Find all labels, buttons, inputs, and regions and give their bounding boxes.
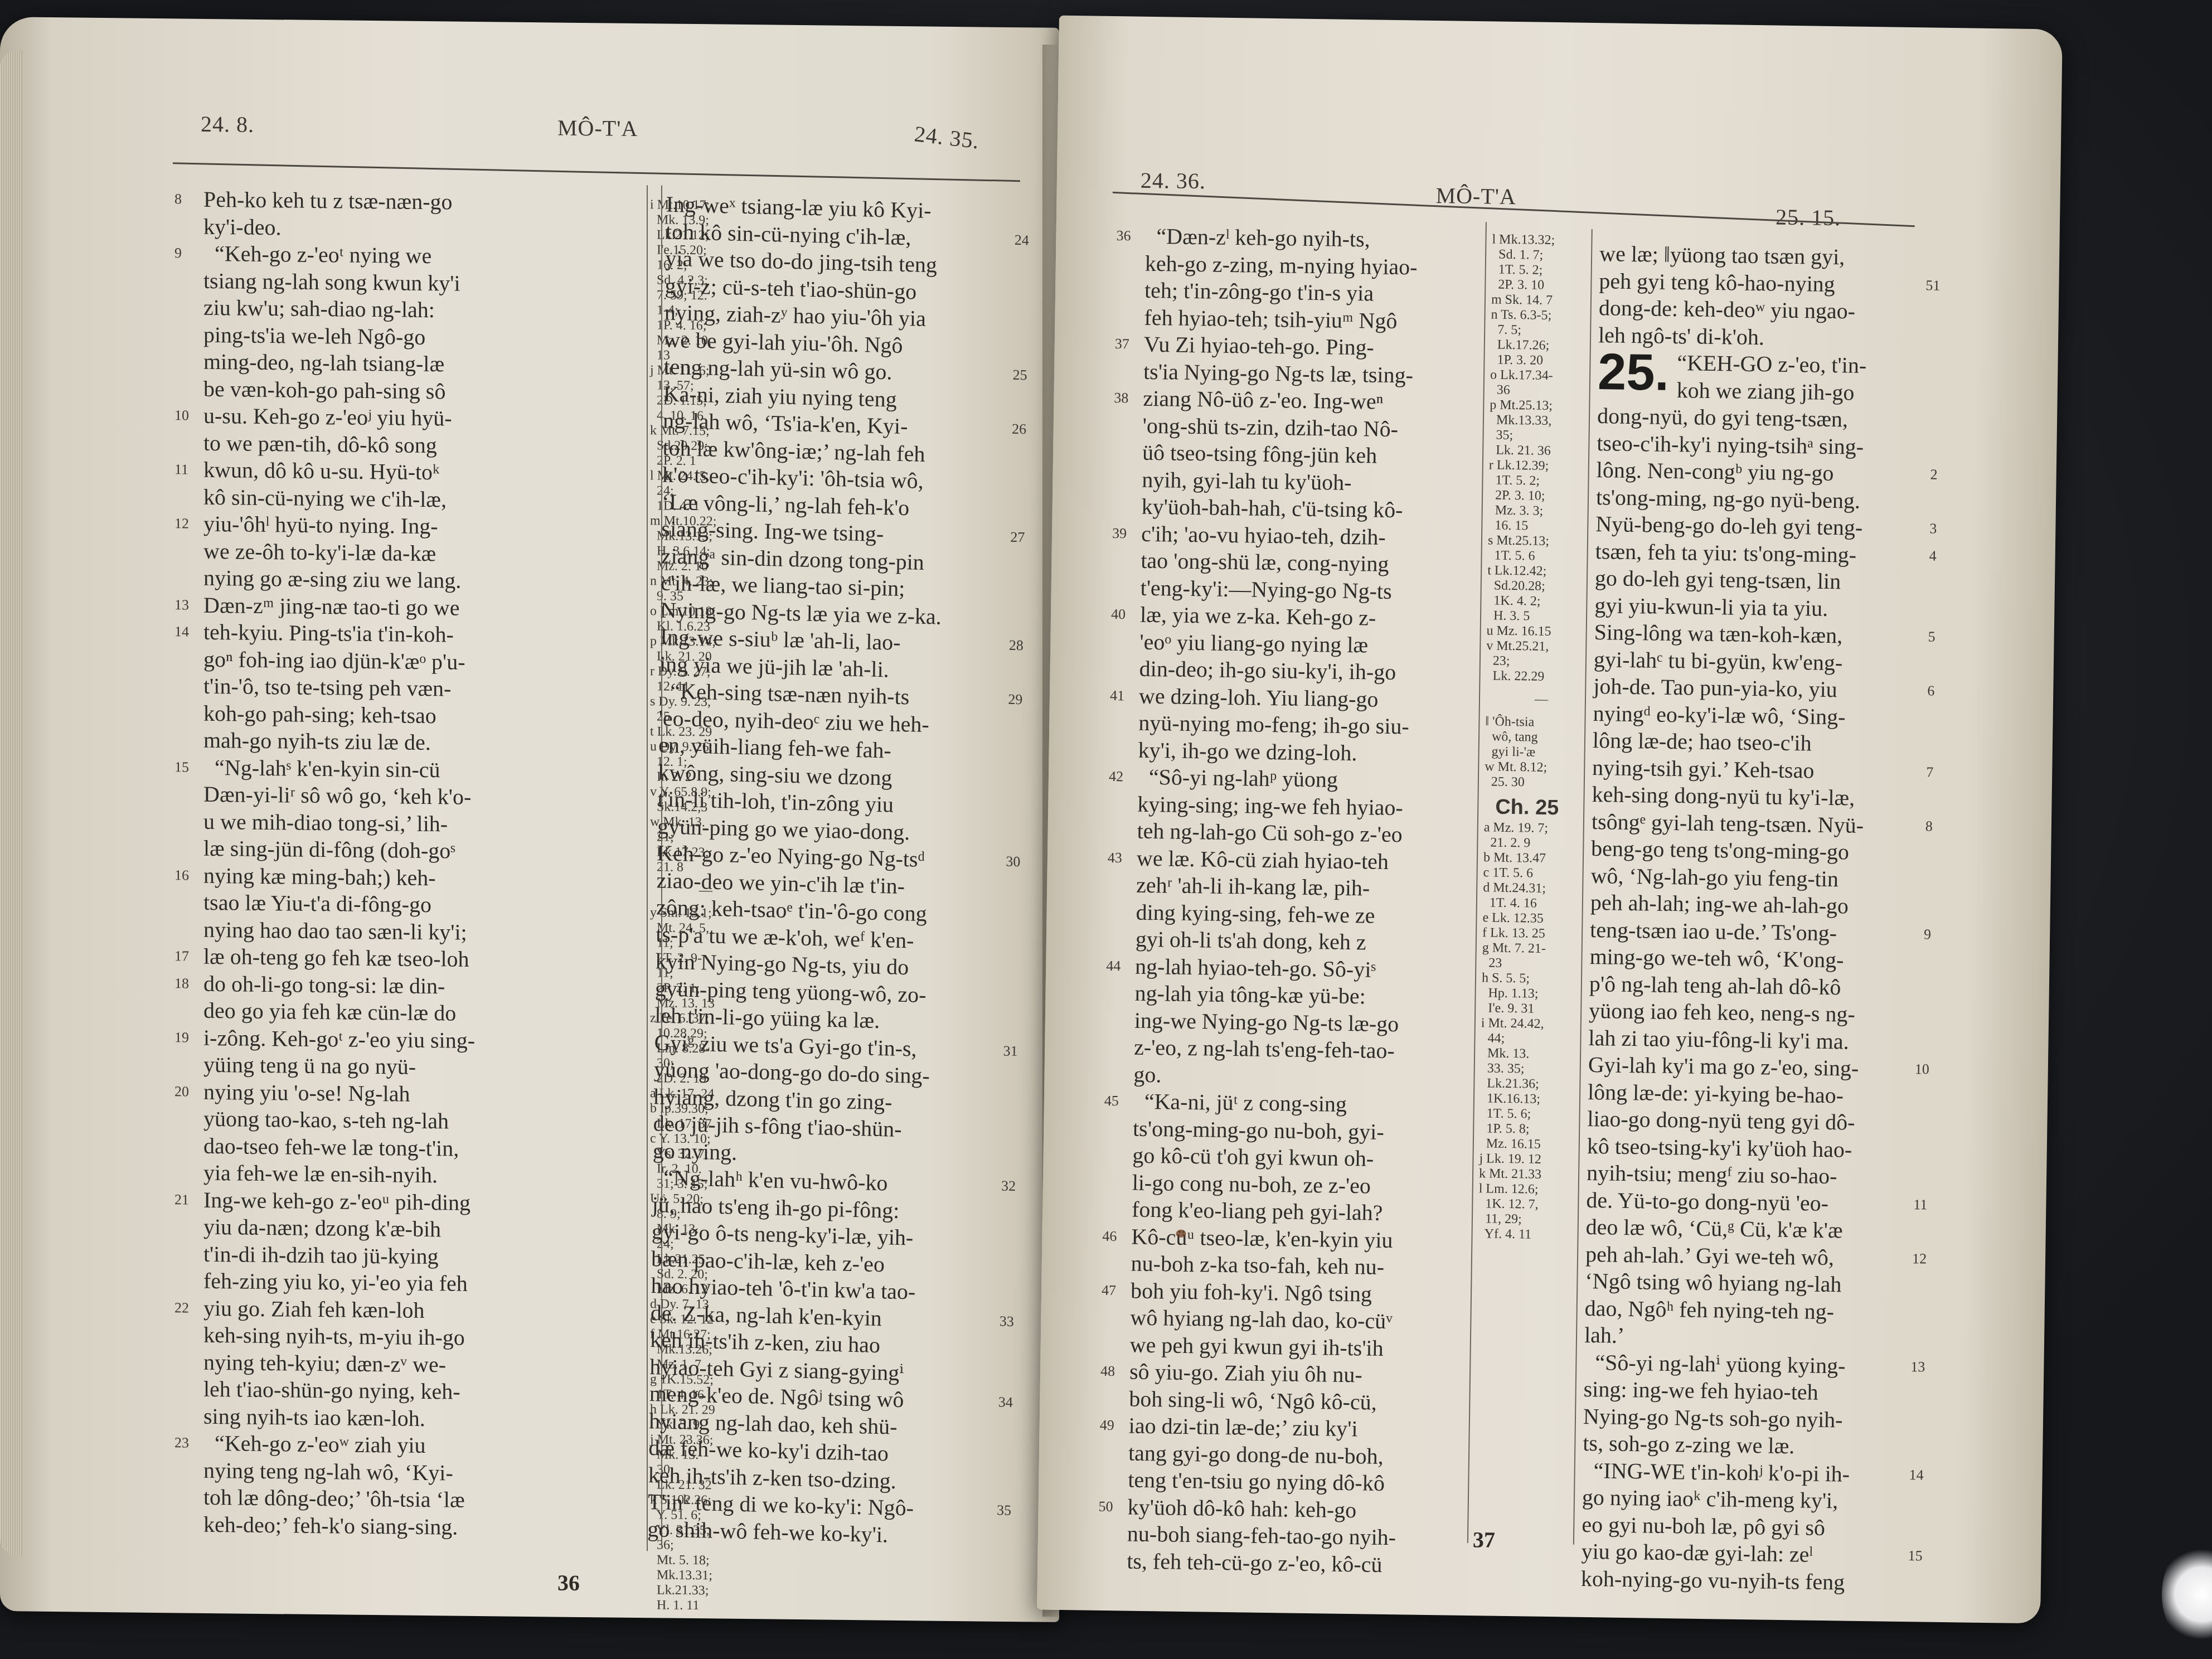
- verse-line: we peh gyi kwun gyi ih-ts'ih: [1129, 1331, 1470, 1363]
- verse-line: eo gyi nu-boh læ, pô gyi sô: [1582, 1511, 1894, 1542]
- verse-text: go do-leh gyi teng-tsæn, lin: [1595, 565, 1841, 594]
- right-text-column-1: “Dæn-zˡ keh-go nyih-ts,36keh-go z-zing, …: [1127, 223, 1486, 1579]
- verse-line: Dæn-yi-liʳ sô wô go, ‘keh k'o-: [203, 781, 644, 813]
- verse-number: 24: [1015, 226, 1030, 254]
- verse-line: boh yiu foh-ky'i. Ngô tsing47: [1131, 1277, 1471, 1309]
- verse-text: nyingᵈ eo-ky'i-læ wô, ‘Sing-: [1593, 701, 1846, 729]
- verse-text: “Sô-yi ng-lahⁱ yüong kying-: [1584, 1349, 1846, 1378]
- verse-number: 28: [1008, 632, 1023, 659]
- verse-text: kwun, dô kô u-su. Hyü-toᵏ: [203, 457, 440, 484]
- verse-number: 5: [1928, 623, 1935, 651]
- verse-number: 4: [1929, 542, 1937, 570]
- verse-line: ky'i-deo.: [203, 213, 644, 245]
- verse-line: Sing-lông wa tæn-koh-kæn,5: [1594, 619, 1907, 650]
- verse-text: mah-go nyih-ts ziu læ de.: [203, 727, 431, 755]
- verse-line: kô sin-cü-nying we c'ih-læ,: [203, 483, 644, 515]
- cross-reference: 2P. 3. 10: [1491, 277, 1603, 294]
- verse-text: tsiang ng-lah song kwun ky'i: [203, 268, 460, 295]
- verse-line: yiu go. Ziah feh kæn-loh22: [203, 1294, 644, 1326]
- cross-reference: d Mt.24.31;: [1483, 880, 1594, 897]
- cross-reference: n Ts. 6.3-5;: [1491, 307, 1602, 324]
- verse-line: t'eng-ky'i:—Nying-go Ng-ts: [1140, 574, 1481, 606]
- verse-line: yüing teng ü na go nyü-: [203, 1051, 644, 1083]
- verse-text: nying, ziah-zʸ hao yiu-'ôh yia: [664, 300, 926, 331]
- verse-line: Kô-cüᵘ tseo-læ, k'en-kyin yiu46: [1131, 1223, 1472, 1255]
- verse-number: 22: [174, 1294, 189, 1322]
- cross-reference: Mk. 13.: [1481, 1046, 1592, 1063]
- verse-text: feh-zing yiu ko, yi-'eo yia feh: [203, 1268, 468, 1296]
- verse-line: be væn-koh-go pah-sing sô: [203, 375, 644, 407]
- reference-divider: —: [1486, 691, 1597, 708]
- verse-text: Ka-ni, ziah yiu nying teng: [663, 381, 897, 411]
- verse-number: 25: [1012, 362, 1027, 389]
- verse-line: beng-go teng ts'ong-ming-go: [1591, 835, 1904, 866]
- cross-reference: H. 1. 11: [650, 1598, 761, 1614]
- verse-text: T'inᵏ teng di we ko-ky'i: Ngô-: [648, 1489, 914, 1521]
- verse-text: t'eng-ky'i:—Nying-go Ng-ts: [1140, 575, 1392, 603]
- verse-text: læ, yia we z-ka. Keh-go z-: [1140, 602, 1376, 630]
- verse-text: dong-nyü, do gyi teng-tsæn,: [1597, 403, 1849, 431]
- verse-text: toh kô sin-cü-nying c'ih-læ,: [666, 219, 911, 250]
- verse-line: Ing-we keh-go z-'eoᵘ pih-ding21: [203, 1186, 644, 1218]
- verse-text: koh-nying-go vu-nyih-ts feng: [1581, 1565, 1845, 1594]
- verse-text: nu-boh z-ka tso-fah, keh nu-: [1131, 1251, 1384, 1279]
- verse-text: yiu da-næn; dzong k'æ-bih: [203, 1214, 441, 1241]
- verse-line: nyü-nying mo-feng; ih-go siu-: [1138, 710, 1479, 741]
- verse-text: teh ng-lah-go Cü soh-go z-'eo: [1137, 818, 1403, 847]
- cross-reference: v Mt.25.21,: [1486, 638, 1598, 655]
- cross-reference: 11, 29;: [1478, 1211, 1590, 1228]
- verse-line: nying teng ng-lah wô, ‘Kyi-: [203, 1457, 644, 1488]
- cross-reference: w Mt. 8.12;: [1485, 759, 1596, 776]
- verse-line: ping-ts'ia we-leh Ngô-go: [203, 321, 644, 353]
- verse-text: c'ih; 'ao-vu hyiao-teh, dzih-: [1141, 521, 1386, 549]
- verse-line: “Keh-go z-'eoᵗ nying we9: [203, 240, 644, 272]
- cross-reference: b Mt. 13.47: [1483, 850, 1595, 867]
- verse-text: ing-we Nying-go Ng-ts læ-go: [1134, 1007, 1399, 1036]
- verse-text: ts'ia Nying-go Ng-ts læ, tsing-: [1143, 358, 1413, 387]
- cross-reference: Sd. 1. 7;: [1492, 247, 1603, 264]
- verse-line: sing: ing-we feh hyiao-teh: [1583, 1376, 1896, 1407]
- verse-text: feh hyiao-teh; tsih-yiuᵐ Ngô: [1144, 304, 1397, 333]
- verse-line: nying kæ ming-bah;) keh-16: [203, 862, 644, 894]
- verse-text: Nying-go Ng-ts soh-go nyih-: [1583, 1403, 1843, 1432]
- verse-number: 39: [1112, 520, 1127, 547]
- right-text-column-2: we læ; ‖yüong tao tsæn gyi,peh gyi teng …: [1581, 240, 1912, 1597]
- verse-number: 12: [174, 510, 189, 537]
- verse-text: lông. Nen-congᵇ yiu ng-go: [1596, 457, 1833, 486]
- verse-line: “Ng-lahˢ k'en-kyin sin-cü15: [203, 754, 644, 785]
- cross-reference: f Lk. 13. 25: [1482, 925, 1594, 942]
- verse-text: nying teh-kyiu; dæn-zᵛ we-: [203, 1349, 446, 1377]
- verse-line: ng-lah hyiao-teh-go. Sô-yiˢ44: [1135, 953, 1476, 984]
- cross-reference: 1T. 5. 6: [1487, 548, 1599, 565]
- verse-number: 14: [174, 618, 189, 646]
- verse-number: 10: [1914, 1056, 1929, 1083]
- verse-number: 7: [1926, 759, 1934, 786]
- cross-reference: a Mz. 19. 7;: [1484, 820, 1595, 837]
- verse-line: nying go æ-sing ziu we lang.: [203, 565, 644, 596]
- verse-line: koh-go pah-sing; keh-tsao: [203, 700, 644, 731]
- verse-text: eo gyi nu-boh læ, pô gyi sô: [1582, 1511, 1825, 1540]
- verse-text: Sing-lông wa tæn-koh-kæn,: [1594, 619, 1842, 648]
- verse-text: Vu Zi hyiao-teh-go. Ping-: [1144, 332, 1375, 360]
- verse-text: deo jü-jih s-fông t'iao-shün-: [653, 1110, 902, 1142]
- cross-reference: Mz. 3. 3;: [1488, 503, 1600, 520]
- cross-reference: g Mt. 7. 21-: [1482, 940, 1594, 957]
- verse-text: kwông, sing-siu we dzong: [658, 759, 892, 790]
- verse-number: 31: [1003, 1037, 1018, 1065]
- verse-text: go shih-wô feh-we ko-ky'i.: [647, 1516, 888, 1547]
- verse-number: 44: [1106, 952, 1121, 979]
- verse-text: nu-boh siang-feh-tao-go nyih-: [1127, 1521, 1396, 1550]
- verse-line: “Sô-yi ng-lahᵖ yüong42: [1138, 764, 1478, 795]
- verse-line: nying yiu 'o-se! Ng-lah20: [203, 1078, 644, 1110]
- verse-line: “Keh-go z-'eoʷ ziah yiu23: [203, 1430, 644, 1462]
- verse-text: keh-sing nyih-ts, m-yiu ih-go: [203, 1322, 465, 1350]
- verse-number: 10: [174, 402, 189, 429]
- verse-line: toh læ dông-deo;’ 'ôh-tsia ‘læ: [203, 1484, 644, 1516]
- cross-reference: 1T. 5. 2;: [1488, 473, 1600, 489]
- verse-number: 13: [1910, 1354, 1925, 1381]
- verse-line: liao-go dong-nyü teng gyi dô-: [1587, 1105, 1900, 1137]
- verse-text: ‘Ngô tsing wô hyiang ng-lah: [1585, 1268, 1842, 1297]
- left-page-number: 36: [557, 1570, 580, 1596]
- verse-line: go nying iaoᵏ c'ih-meng ky'i,: [1582, 1484, 1895, 1515]
- verse-text: Dæn-yi-liʳ sô wô go, ‘keh k'o-: [203, 782, 471, 809]
- verse-number: 38: [1114, 385, 1129, 412]
- verse-text: “ING-WE t'in-kohʲ k'o-pi ih-: [1582, 1457, 1850, 1486]
- cross-reference: Mt. 5. 18;: [650, 1553, 761, 1569]
- cross-reference: 1P. 3. 20: [1490, 352, 1602, 369]
- verse-text: meng-k'eo de. Ngôʲ tsing wô: [649, 1381, 904, 1412]
- verse-number: 33: [999, 1308, 1014, 1335]
- verse-line: Gyi-lah ky'i ma go z-'eo, sing-10: [1588, 1051, 1901, 1083]
- verse-line: yüong iao feh keo, neng-s ng-: [1589, 997, 1901, 1029]
- verse-line: ziu kw'u; sah-diao ng-lah:: [203, 294, 644, 326]
- verse-text: teh-kyiu. Ping-ts'ia t'in-koh-: [203, 619, 454, 647]
- verse-text: “Keh-sing tsæ-næn nyih-ts: [659, 678, 909, 709]
- verse-text: we læ; ‖yüong tao tsæn gyi,: [1599, 241, 1845, 269]
- verse-text: peh gyi teng kô-hao-nying: [1599, 268, 1835, 297]
- verse-text: din-deo; ih-go siu-ky'i, ih-go: [1139, 656, 1396, 685]
- verse-text: fong k'eo-liang peh gyi-lah?: [1132, 1197, 1383, 1225]
- verse-text: ping-ts'ia we-leh Ngô-go: [203, 322, 425, 349]
- cross-reference: 1T. 5. 6;: [1479, 1106, 1591, 1123]
- verse-line: sing nyih-ts iao kæn-loh.: [203, 1403, 644, 1434]
- verse-text: jü, hao ts'eng ih-go pi-fông:: [652, 1192, 899, 1223]
- verse-line: nyih-tsiu; mengᶠ ziu so-hao-: [1587, 1160, 1899, 1191]
- verse-text: toh læ kw'ông-iæ;’ ng-lah feh: [662, 435, 925, 466]
- verse-number: 34: [998, 1389, 1013, 1416]
- verse-number: 13: [174, 591, 189, 619]
- verse-line: deo læ wô, ‘Cü,ᵍ Cü, k'æ k'æ: [1585, 1214, 1898, 1245]
- cross-reference: 1T. 5. 2;: [1492, 262, 1603, 279]
- verse-text: ziao-deo we yin-c'ih læ t'in-: [656, 867, 905, 899]
- verse-text: “Keh-go z-'eoᵗ nying we: [203, 241, 431, 268]
- verse-text: “KEH-GO z-'eo, t'in-: [1677, 350, 1866, 378]
- verse-line: koh-nying-go vu-nyih-ts feng: [1581, 1565, 1894, 1596]
- verse-line: yiu go kao-dæ gyi-lah: zeˡ15: [1581, 1538, 1894, 1569]
- verse-text: Kô-cüᵘ tseo-læ, k'en-kyin yiu: [1131, 1224, 1393, 1253]
- verse-number: 15: [174, 754, 189, 781]
- verse-text: beng-go teng ts'ong-ming-go: [1591, 836, 1849, 864]
- verse-number: 11: [1913, 1191, 1928, 1219]
- cross-reference: 35;: [1489, 428, 1600, 444]
- cross-reference: 23;: [1486, 653, 1598, 670]
- verse-line: gyi-lahᶜ tu bi-gyün, kw'eng-: [1594, 646, 1907, 677]
- verse-line: teh-kyiu. Ping-ts'ia t'in-koh-14: [203, 619, 644, 651]
- verse-line: nyih, gyi-lah tu ky'üoh-: [1142, 466, 1482, 498]
- verse-text: nyih, gyi-lah tu ky'üoh-: [1142, 467, 1352, 494]
- verse-text: ts, feh teh-cü-go z-'eo, kô-cü: [1127, 1548, 1382, 1576]
- verse-number: 6: [1927, 677, 1935, 705]
- verse-number: 27: [1010, 524, 1025, 551]
- verse-line: nu-boh z-ka tso-fah, keh nu-: [1131, 1250, 1471, 1282]
- verse-text: nying yiu 'o-se! Ng-lah: [203, 1079, 410, 1106]
- verse-text: u we mih-diao tong-si,’ lih-: [203, 808, 448, 836]
- verse-text: leh t'iao-shün-go nying, keh-: [203, 1376, 460, 1404]
- verse-number: 19: [174, 1024, 189, 1051]
- verse-text: deo læ wô, ‘Cü,ᵍ Cü, k'æ k'æ: [1585, 1214, 1843, 1243]
- verse-text: yiu go kao-dæ gyi-lah: zeˡ: [1581, 1539, 1813, 1567]
- verse-text: ziangᵃ sin-din dzong tong-pin: [661, 543, 925, 575]
- cross-reference: Sd.20.28;: [1487, 578, 1599, 595]
- verse-text: lah.’: [1584, 1322, 1625, 1348]
- verse-number: 41: [1110, 682, 1125, 709]
- verse-line: lah.’: [1584, 1322, 1897, 1353]
- cross-reference: 44;: [1481, 1031, 1592, 1047]
- verse-text: iao dzi-tin læ-de;’ ziu ky'i: [1128, 1413, 1357, 1442]
- verse-line: c'ih; 'ao-vu hyiao-teh, dzih-39: [1141, 520, 1482, 552]
- left-text-column-1: Peh-ko keh tu z tsæ-næn-go8ky'i-deo. “Ke…: [203, 186, 644, 1542]
- cross-reference: 1P. 5. 8;: [1479, 1121, 1591, 1138]
- verse-text: dong-de: keh-deoʷ yiu ngao-: [1599, 295, 1856, 323]
- cross-reference: 1T. 4. 16: [1483, 895, 1594, 912]
- cross-reference: 1K. 4. 2;: [1487, 593, 1598, 610]
- verse-line: lông læ-de: yi-kying be-hao-: [1588, 1079, 1900, 1110]
- verse-text: lah zi tao yiu-fông-li ky'i ma.: [1588, 1025, 1849, 1054]
- verse-text: nying-tsih gyi.’ Keh-tsao: [1592, 755, 1815, 783]
- verse-text: ky'üoh-bah-hah, c'ü-tsing kô-: [1141, 494, 1403, 523]
- verse-text: peh ah-lah.’ Gyi we-teh wô,: [1585, 1241, 1834, 1269]
- verse-number: 11: [174, 456, 188, 483]
- verse-text: leh t'in-li-go yüing ka læ.: [654, 1002, 880, 1033]
- verse-text: go nying.: [653, 1138, 738, 1165]
- verse-line: i-zông. Keh-goᵗ z-'eo yiu sing-19: [203, 1024, 644, 1056]
- verse-text: dao, Ngôʰ feh nying-teh ng-: [1584, 1295, 1834, 1323]
- cross-reference: 2P. 3. 10;: [1488, 488, 1600, 505]
- verse-line: dao-tseo feh-we læ tong-t'in,: [203, 1132, 644, 1164]
- verse-line: feh-zing yiu ko, yi-'eo yia feh: [203, 1268, 644, 1299]
- verse-text: “Ka-ni, jüᵗ z cong-sing: [1133, 1089, 1347, 1117]
- verse-number: 47: [1102, 1277, 1117, 1304]
- cross-reference: k Mt. 21.33: [1479, 1166, 1590, 1183]
- verse-text: boh sing-li wô, ‘Ngô kô-cü,: [1129, 1386, 1377, 1414]
- verse-text: i-zông. Keh-goᵗ z-'eo yiu sing-: [203, 1025, 475, 1052]
- verse-line: t'in-'ô, tso te-tsing peh væn-: [203, 673, 644, 705]
- left-text-column-2: Ing-weˣ tsiang-læ yiu kô Kyi-toh kô sin-…: [647, 191, 1001, 1551]
- verse-number: 14: [1909, 1462, 1924, 1489]
- verse-text: gyün-ping go we yiao-dong.: [657, 813, 910, 845]
- verse-text: tsao læ Yiu-t'a di-fông-go: [203, 890, 431, 917]
- verse-line: peh ah-lah.’ Gyi we-teh wô,12: [1585, 1240, 1898, 1272]
- verse-line: læ, yia we z-ka. Keh-go z-40: [1140, 601, 1481, 633]
- verse-number: 8: [1925, 813, 1933, 840]
- cross-reference: m Sk. 14. 7: [1491, 292, 1603, 309]
- cross-reference: gyi li-'æ: [1485, 744, 1596, 761]
- verse-text: 'eoᵒ yiu liang-go nying læ: [1139, 629, 1368, 657]
- verse-text: nyü-nying mo-feng; ih-go siu-: [1138, 710, 1409, 739]
- verse-text: to we pæn-tih, dô-kô song: [203, 430, 437, 457]
- cross-reference: i Mt. 24.42,: [1481, 1016, 1593, 1032]
- cross-reference: 16. 15: [1488, 518, 1599, 535]
- verse-line: boh sing-li wô, ‘Ngô kô-cü,: [1129, 1385, 1469, 1417]
- verse-line: ming-deo, ng-lah tsiang-læ: [203, 348, 644, 380]
- verse-line: keh-sing dong-nyü tu ky'i-læ,: [1592, 781, 1904, 812]
- verse-text: dæ feh-we ko-ky'i dzih-tao: [648, 1435, 889, 1466]
- right-page: 24. 36. MÔ-T'A 25. 15. “Dæn-zˡ keh-go ny…: [1037, 16, 2063, 1624]
- verse-line: læ oh-teng go feh kæ tseo-loh17: [203, 943, 644, 975]
- verse-text: Keh-go z-'eo Nying-go Ng-tsᵈ: [657, 840, 925, 872]
- verse-line: u we mih-diao tong-si,’ lih-: [203, 808, 644, 840]
- verse-line: dong-de: keh-deoʷ yiu ngao-: [1598, 294, 1911, 326]
- verse-line: “Sô-yi ng-lahⁱ yüong kying-13: [1584, 1348, 1896, 1380]
- cross-reference: 33. 35;: [1481, 1061, 1592, 1078]
- verse-text: keh ih-ts'ih z-ken tso-dzing.: [648, 1462, 896, 1493]
- verse-text: do oh-li-go tong-si: læ din-: [203, 971, 445, 998]
- verse-text: teh; t'in-zông-go t'in-s yia: [1144, 278, 1374, 306]
- verse-number: 49: [1099, 1412, 1114, 1439]
- verse-text: gyi-z; cü-s-teh t'iao-shün-go: [664, 273, 916, 304]
- cross-reference: Lk. 22.29: [1486, 668, 1597, 685]
- verse-text: hao hyiao-teh 'ô-t'in kw'a tao-: [651, 1273, 915, 1304]
- verse-text: 'ong-shü ts-zin, dzih-tao Nô-: [1142, 413, 1398, 441]
- verse-text: t'in-'ô, tso te-tsing peh væn-: [203, 673, 451, 701]
- verse-number: 18: [174, 970, 189, 997]
- verse-text: ky'üoh dô-kô hah: keh-go: [1127, 1494, 1356, 1522]
- verse-text: toh læ dông-deo;’ 'ôh-tsia ‘læ: [203, 1485, 465, 1512]
- verse-line: 'ong-shü ts-zin, dzih-tao Nô-: [1142, 412, 1483, 444]
- cross-reference: 1K.16.13;: [1480, 1091, 1592, 1108]
- column-rule: [647, 185, 648, 1551]
- verse-text: bæn pao-c'ih-læ, keh z-'eo: [651, 1246, 885, 1277]
- verse-text: peh ah-lah; ing-we ah-lah-go: [1590, 890, 1849, 918]
- verse-number: 23: [174, 1429, 189, 1457]
- verse-line: 'eoᵒ yiu liang-go nying læ: [1139, 628, 1480, 660]
- verse-text: gyi oh-li ts'ah dong, keh z: [1136, 926, 1366, 955]
- cross-reference: 7. 5;: [1491, 322, 1602, 339]
- verse-line: joh-de. Tao pun-yia-ko, yiu6: [1593, 673, 1906, 704]
- verse-line: teh; t'in-zông-go t'in-s yia: [1144, 277, 1485, 309]
- verse-text: Ing-we s-siuᵇ læ 'ah-li, lao-: [660, 624, 901, 655]
- chapter-opening: 25.“KEH-GO z-'eo, t'in-koh we ziang jih-…: [1597, 348, 1910, 407]
- cross-reference: Hp. 1.13;: [1481, 986, 1593, 1002]
- verse-text: go kô-cü t'oh gyi kwun oh-: [1132, 1143, 1374, 1171]
- cross-reference: 36: [1490, 382, 1602, 399]
- verse-number: 50: [1098, 1493, 1113, 1520]
- verse-text: tao 'ong-shü læ, cong-nying: [1141, 548, 1389, 576]
- verse-text: ts'ong-ming-go nu-boh, gyi-: [1133, 1115, 1384, 1144]
- verse-line: wô hyiang ng-lah dao, ko-cüᵛ: [1130, 1304, 1471, 1336]
- verse-text: keh ih-ts'ih z-ken, ziu hao: [650, 1327, 880, 1357]
- verse-text: koh we ziang jih-go: [1676, 377, 1854, 405]
- verse-text: “Ng-lahʰ k'en vu-hwô-ko: [652, 1165, 888, 1195]
- verse-text: en, yüih-liang feh-we fah-: [658, 732, 891, 763]
- cross-reference: Mz. 16.15: [1479, 1136, 1591, 1153]
- verse-text: hyiao-teh Gyi z siang-gyingⁱ: [649, 1354, 904, 1385]
- cross-reference: l Mk.13.32;: [1492, 232, 1603, 249]
- right-page-number: 37: [1473, 1526, 1496, 1553]
- verse-number: 48: [1100, 1358, 1115, 1385]
- verse-text: goⁿ foh-ing iao djün-k'æᵒ p'u-: [203, 646, 465, 674]
- verse-line: “Ka-ni, jüᵗ z cong-sing45: [1133, 1088, 1474, 1120]
- verse-text: nying teng ng-lah wô, ‘Kyi-: [203, 1457, 453, 1485]
- verse-text: sô yiu-go. Ziah yiu ôh nu-: [1129, 1359, 1362, 1388]
- verse-line: dong-nyü, do gyi teng-tsæn,: [1597, 402, 1910, 434]
- verse-line: ziang Nô-üô z-'eo. Ing-weⁿ38: [1143, 385, 1483, 417]
- verse-line: we læ; ‖yüong tao tsæn gyi,: [1599, 240, 1912, 271]
- verse-number: 2: [1930, 461, 1938, 488]
- verse-line: Nying-go Ng-ts soh-go nyih-: [1583, 1403, 1896, 1434]
- cross-reference: Lk.17.26;: [1491, 337, 1602, 354]
- cross-reference: Lk.21.33;: [650, 1583, 761, 1599]
- verse-text: t'in-di ih-dzih tao jü-kying: [203, 1241, 439, 1268]
- verse-line: “ING-WE t'in-kohʲ k'o-pi ih-14: [1582, 1457, 1895, 1488]
- cross-reference: j Lk. 19. 12: [1479, 1151, 1590, 1168]
- verse-text: hyiang ng-lah dao, keh shü-: [649, 1408, 898, 1439]
- verse-text: gyi-lahᶜ tu bi-gyün, kw'eng-: [1594, 647, 1843, 675]
- left-header-range-start: 24. 8.: [201, 111, 254, 138]
- verse-line: go.: [1133, 1061, 1474, 1093]
- verse-line: leh t'iao-shün-go nying, keh-: [203, 1376, 644, 1408]
- verse-number: 9: [174, 240, 182, 267]
- verse-line: lông. Nen-congᵇ yiu ng-go2: [1596, 457, 1909, 488]
- verse-number: 40: [1111, 601, 1126, 628]
- verse-text: u-su. Keh-go z-'eoʲ yiu hyü-: [203, 403, 452, 431]
- verse-text: tsæn, feh ta yiu: ts'ong-ming-: [1595, 539, 1856, 567]
- verse-text: liao-go dong-nyü teng gyi dô-: [1587, 1106, 1855, 1135]
- verse-text: “Ng-lahˢ k'en-kyin sin-cü: [203, 754, 440, 782]
- verse-line: go do-leh gyi teng-tsæn, lin: [1595, 565, 1908, 596]
- verse-line: feh hyiao-teh; tsih-yiuᵐ Ngô: [1144, 304, 1485, 336]
- verse-line: yiu-'ôhˡ hyü-to nying. Ing-12: [203, 511, 644, 542]
- verse-text: zehʳ 'ah-li ih-kang læ, pih-: [1136, 872, 1370, 901]
- verse-line: ky'üoh-bah-hah, c'ü-tsing kô-: [1141, 493, 1482, 525]
- verse-line: fong k'eo-liang peh gyi-lah?: [1132, 1196, 1472, 1228]
- verse-text: ding kying-sing, feh-we ze: [1136, 899, 1375, 928]
- verse-text: yiu-'ôhˡ hyü-to nying. Ing-: [203, 511, 438, 539]
- verse-line: tsao læ Yiu-t'a di-fông-go: [203, 889, 644, 921]
- verse-text: boh yiu foh-ky'i. Ngô tsing: [1131, 1278, 1372, 1306]
- verse-text: ziu kw'u; sah-diao ng-lah:: [203, 295, 435, 322]
- verse-line: peh ah-lah; ing-we ah-lah-go: [1590, 889, 1903, 920]
- verse-text: Nyü-beng-go do-leh gyi teng-: [1595, 511, 1862, 540]
- page-edges: [0, 50, 22, 1555]
- verse-number: 37: [1114, 331, 1129, 358]
- verse-text: “Keh-go z-'eoʷ ziah yiu: [203, 1430, 426, 1458]
- left-header-title: MÔ-T'A: [557, 115, 638, 142]
- verse-line: kwun, dô kô u-su. Hyü-toᵏ11: [203, 457, 644, 488]
- verse-line: ts, feh teh-cü-go z-'eo, kô-cü: [1127, 1548, 1467, 1579]
- verse-line: lông læ-de; hao tseo-c'ih: [1593, 727, 1905, 758]
- verse-text: z-'eo, z ng-lah ts'eng-feh-tao-: [1134, 1035, 1395, 1064]
- verse-text: nying go æ-sing ziu we lang.: [203, 565, 461, 593]
- verse-text: “Dæn-zˡ keh-go nyih-ts,: [1145, 224, 1370, 252]
- verse-text: üô tseo-tsing fông-jün keh: [1142, 440, 1377, 468]
- verse-text: kyin Nying-go Ng-ts, yiu do: [655, 948, 909, 979]
- verse-text: t'in-li tih-loh, t'in-zông yiu: [657, 786, 894, 817]
